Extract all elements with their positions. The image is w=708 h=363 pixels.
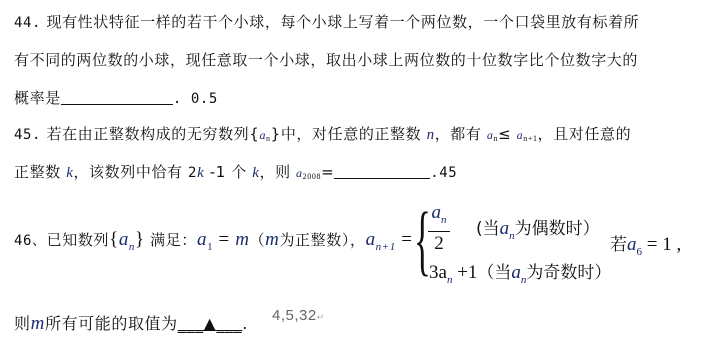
sub-n1: n+1 (523, 134, 537, 143)
q45-text-1c: ，都有 (435, 125, 482, 143)
var-k: k (197, 165, 204, 181)
brace-close: } (271, 125, 281, 143)
q44-text-2: 有不同的两位数的小球，现任意取一个小球，取出小球上两位数的十位数字比个位数字大的 (14, 51, 638, 69)
q45-number: 45. (14, 127, 41, 143)
var-m: m (265, 229, 279, 250)
return-mark-icon: ↵ (317, 312, 325, 322)
q45-text-2a: 正整数 (14, 163, 61, 181)
frac-denominator: 2 (428, 234, 450, 254)
q45-seq: {an} (249, 125, 281, 143)
a1-eq-m: a1 = m (197, 229, 250, 250)
answer-values: 4,5,32 (272, 307, 317, 324)
q45-text-2b: ，该数列中恰有 (73, 163, 182, 181)
var-an: a (487, 128, 494, 142)
q44-line3: 概率是. 0.5 (14, 88, 218, 109)
q46-answer-blank[interactable]: ___▲___ (178, 314, 243, 333)
brace-open: { (249, 125, 259, 143)
case1-condition: (当an为偶数时） (476, 214, 600, 242)
q46-line1: 46、已知数列{an} 满足：a1 = m（m为正整数），an+1 = (14, 230, 413, 257)
var-a2008: a (296, 166, 303, 180)
q44-text-3: 概率是 (14, 89, 61, 107)
q46-text-2b: 所有可能的取值为 (45, 314, 178, 333)
q45-text-1a: 若在由正整数构成的无穷数列 (46, 125, 249, 143)
q45-line2: 正整数 k，该数列中恰有 2k -1 个 k，则 a2008=.45 (14, 162, 457, 187)
frac-numerator: an (428, 203, 450, 230)
q46-number: 46、 (14, 233, 47, 249)
num-two: 2 (188, 165, 197, 181)
q46-text-1b: 满足： (150, 231, 197, 249)
leq-symbol: ≤ (498, 125, 511, 143)
paren-open: （ (250, 231, 266, 249)
an1-lhs: an+1 = (366, 229, 413, 250)
q45-text-1b: 中，对任意的正整数 (281, 125, 421, 143)
sub-2008: 2008 (303, 172, 321, 181)
equals: = (321, 163, 334, 181)
frac-bar (428, 231, 450, 232)
q44-answer-blank[interactable] (61, 88, 173, 105)
q44-line2: 有不同的两位数的小球，现任意取一个小球，取出小球上两位数的十位数字比个位数字大的 (14, 50, 638, 70)
condition-a6: 若a6 = 1 , (610, 230, 681, 258)
q46-text-1a: 已知数列 (47, 231, 109, 249)
q44-line1: 44. 现有性状特征一样的若干个小球，每个小球上写着一个两位数，一个口袋里放有标… (14, 12, 639, 33)
q45-text-1d: ，且对任意的 (538, 125, 632, 143)
q45-text-2c: -1 个 (210, 163, 247, 181)
var-m: m (31, 313, 45, 334)
q44-answer: . 0.5 (173, 91, 218, 107)
var-n: n (427, 127, 435, 143)
q46-text-2a: 则 (14, 314, 31, 333)
seq-an: {an} (109, 229, 145, 250)
q45-text-2d: ，则 (259, 163, 290, 181)
q46-text-1c: 为正整数）， (279, 231, 365, 249)
q45-answer-blank[interactable] (334, 162, 430, 179)
q45-answer: .45 (430, 165, 457, 181)
case2-expression: 3an +1（当an为奇数时） (429, 258, 611, 286)
q46-answer: 4,5,32↵ (272, 307, 325, 324)
q45-line1: 45. 若在由正整数构成的无穷数列{an}中，对任意的正整数 n，都有 an≤ … (14, 124, 631, 149)
period: . (242, 314, 248, 333)
q46-line2: 则m所有可能的取值为___▲___. (14, 314, 248, 334)
fraction-an-over-2: an 2 (428, 203, 450, 254)
q44-text-1: 现有性状特征一样的若干个小球，每个小球上写着一个两位数，一个口袋里放有标着所 (46, 13, 639, 31)
q44-number: 44. (14, 15, 41, 31)
